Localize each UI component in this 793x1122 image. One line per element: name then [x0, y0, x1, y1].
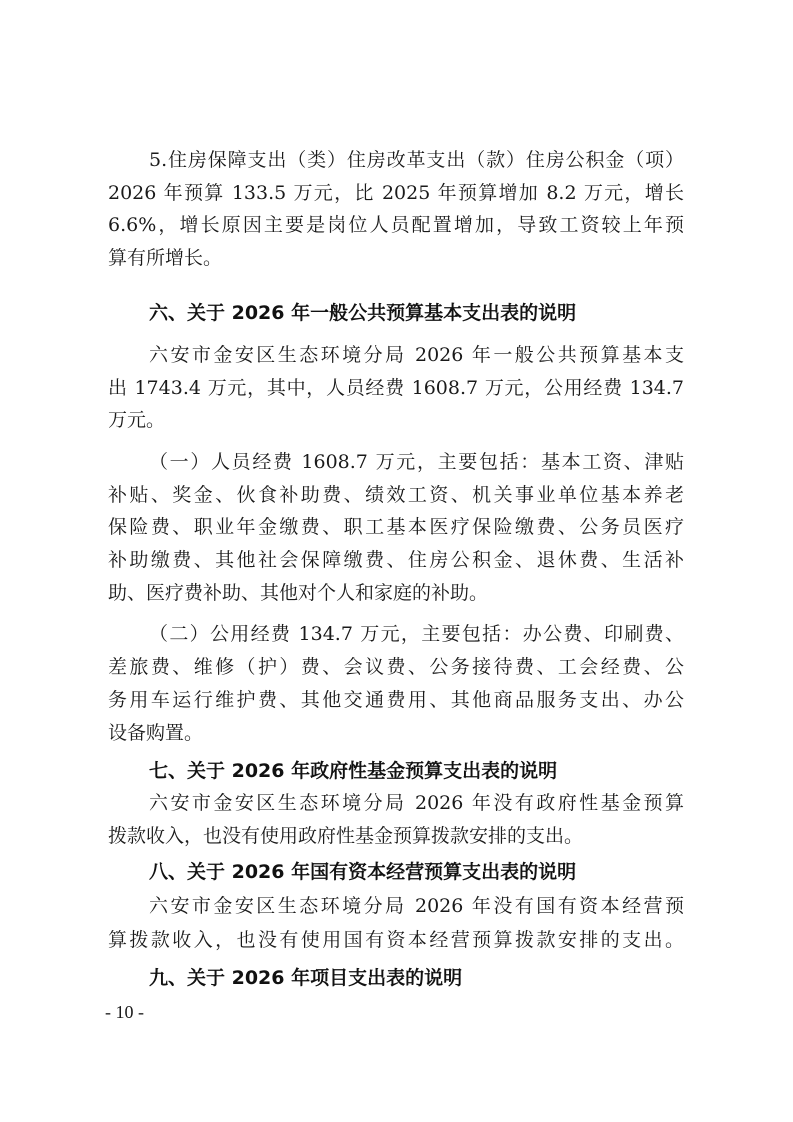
text-line: 务用车运行维护费、其他交通费用、其他商品服务支出、办公 [108, 688, 684, 712]
text-line: （一）人员经费 1608.7 万元，主要包括：基本工资、津贴 [149, 450, 684, 474]
text-line: 差旅费、维修（护）费、会议费、公务接待费、工会经费、公 [108, 655, 684, 679]
text-line: 补助缴费、其他社会保障缴费、住房公积金、退休费、生活补 [108, 548, 684, 572]
text-line: 设备购置。 [108, 721, 684, 745]
text-line: 助、医疗费补助、其他对个人和家庭的补助。 [108, 581, 684, 605]
text-line: 拨款收入，也没有使用政府性基金预算拨款安排的支出。 [108, 824, 684, 848]
text-line: 补贴、奖金、伙食补助费、绩效工资、机关事业单位基本养老 [108, 483, 684, 507]
text-line: 保险费、职业年金缴费、职工基本医疗保险缴费、公务员医疗 [108, 515, 684, 539]
text-line: 万元。 [108, 408, 684, 432]
section-heading-state-capital: 八、关于 2026 年国有资本经营预算支出表的说明 [149, 860, 576, 884]
text-line: 6.6%，增长原因主要是岗位人员配置增加，导致工资较上年预 [108, 213, 684, 237]
document-page: 5.住房保障支出（类）住房改革支出（款）住房公积金（项） 2026 年预算 13… [0, 0, 793, 1122]
text-line: 算有所增长。 [108, 246, 684, 270]
text-line: （二）公用经费 134.7 万元，主要包括：办公费、印刷费、 [149, 622, 684, 646]
section-heading-government-fund: 七、关于 2026 年政府性基金预算支出表的说明 [149, 759, 557, 783]
text-line: 出 1743.4 万元，其中，人员经费 1608.7 万元，公用经费 134.7 [108, 376, 684, 400]
text-line: 算拨款收入，也没有使用国有资本经营预算拨款安排的支出。 [108, 928, 684, 952]
section-heading-basic-expenditure: 六、关于 2026 年一般公共预算基本支出表的说明 [149, 301, 576, 325]
text-line: 2026 年预算 133.5 万元，比 2025 年预算增加 8.2 万元，增长 [108, 181, 684, 205]
page-number: - 10 - [105, 1000, 144, 1024]
text-line: 5.住房保障支出（类）住房改革支出（款）住房公积金（项） [149, 148, 684, 172]
text-line: 六安市金安区生态环境分局 2026 年没有政府性基金预算 [149, 791, 684, 815]
text-line: 六安市金安区生态环境分局 2026 年一般公共预算基本支 [149, 343, 684, 367]
text-line: 六安市金安区生态环境分局 2026 年没有国有资本经营预 [149, 894, 684, 918]
section-heading-project-expenditure: 九、关于 2026 年项目支出表的说明 [149, 966, 462, 990]
